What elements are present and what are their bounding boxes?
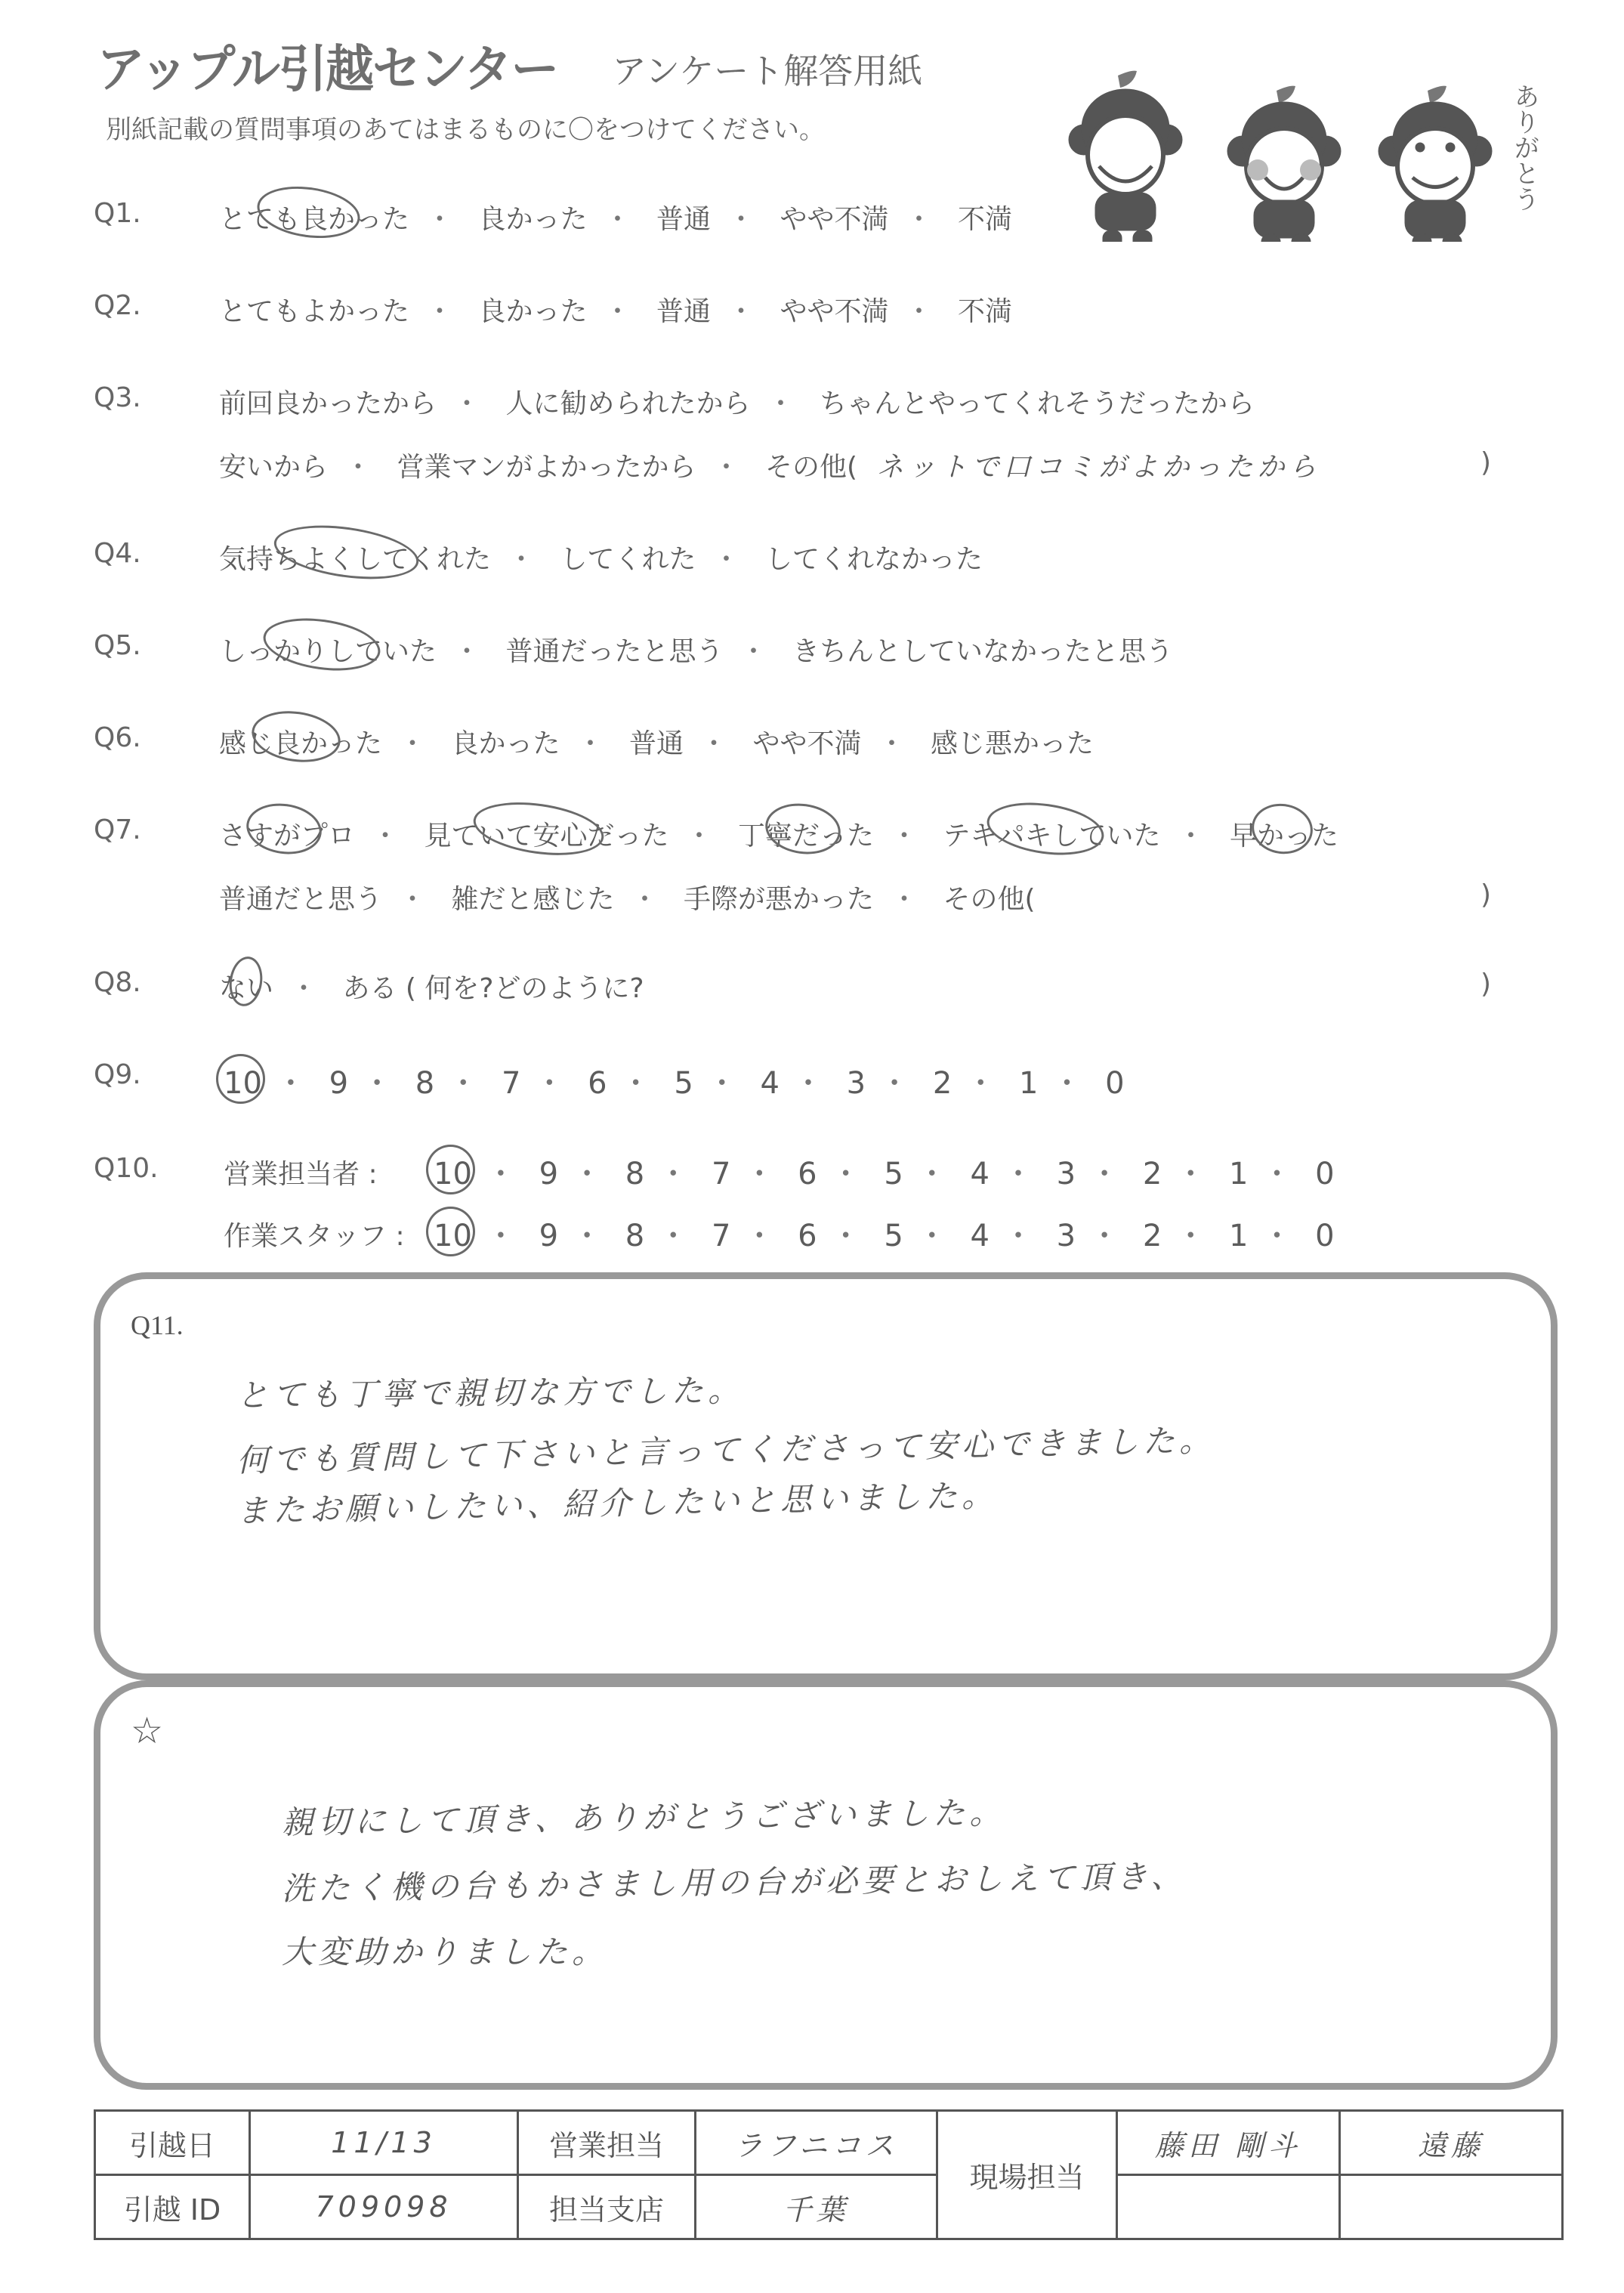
q10-staff-score[interactable]: 2 xyxy=(1143,1219,1162,1253)
q6-label: Q6. xyxy=(94,722,141,753)
q1-option[interactable]: 不満 xyxy=(958,198,1012,236)
q10-sales-score[interactable]: 8 xyxy=(625,1157,644,1191)
footer-info-table: 引越日 11/13 営業担当 ラフニコス 現場担当 藤田 剛斗 遠藤 引越 ID… xyxy=(94,2109,1564,2240)
q10-staff-score[interactable]: 8 xyxy=(625,1219,644,1253)
q10-sales-score[interactable]: 4 xyxy=(970,1157,989,1191)
q5-label: Q5. xyxy=(94,630,141,661)
q9-scale: 10・ 9・ 8・ 7・ 6・ 5・ 4・ 3・ 2・ 1・ 0 xyxy=(224,1059,1125,1102)
q10-sales-score[interactable]: 5 xyxy=(884,1157,903,1191)
q4-option[interactable]: 気持ちよくしてくれた xyxy=(219,538,491,576)
q3-option[interactable]: 前回良かったから xyxy=(219,382,437,421)
q11-comment-box[interactable]: Q11. とても丁寧で親切な方でした。 何でも質問して下さいと言ってくださって安… xyxy=(94,1272,1558,1680)
move-id-label: 引越 ID xyxy=(95,2175,250,2239)
q3-options-line1: 前回良かったから・ 人に勧められたから・ ちゃんとやってくれそうだったから xyxy=(219,382,1255,421)
q10-sales-score[interactable]: 9 xyxy=(539,1157,558,1191)
q9-score[interactable]: 4 xyxy=(760,1066,779,1101)
q10-sales-score[interactable]: 0 xyxy=(1315,1157,1334,1191)
branch-label: 担当支店 xyxy=(518,2175,696,2239)
q9-score[interactable]: 2 xyxy=(933,1066,952,1101)
q9-score[interactable]: 3 xyxy=(847,1066,866,1101)
q7-option[interactable]: テキパキしていた xyxy=(943,814,1160,853)
q9-label: Q9. xyxy=(94,1059,141,1090)
q3-option[interactable]: 人に勧められたから xyxy=(505,382,750,421)
star-comment-line: 大変助かりました。 xyxy=(282,1927,608,1973)
q2-label: Q2. xyxy=(94,290,141,321)
q6-option[interactable]: 感じ悪かった xyxy=(931,722,1094,761)
q3-option-other[interactable]: その他( xyxy=(765,446,857,484)
q7-option[interactable]: 丁寧だった xyxy=(738,814,874,853)
q9-score[interactable]: 0 xyxy=(1105,1066,1124,1101)
q10-staff-label: 作業スタッフ : xyxy=(224,1215,405,1253)
form-title: アンケート解答用紙 xyxy=(612,44,922,94)
q3-options-line2: 安いから・ 営業マンがよかったから・ その他( ネットで口コミがよかったから xyxy=(219,446,1320,484)
q10-staff-score[interactable]: 6 xyxy=(798,1219,817,1253)
q9-score[interactable]: 7 xyxy=(502,1066,520,1101)
instruction-text: 別紙記載の質問事項のあてはまるものに〇をつけてください。 xyxy=(106,109,825,146)
q1-options: とても良かった・ 良かった・ 普通・ やや不満・ 不満 xyxy=(219,198,1012,236)
q3-other-answer[interactable]: ネットで口コミがよかったから xyxy=(876,452,1320,483)
site-staff-4[interactable] xyxy=(1340,2175,1563,2239)
q6-option[interactable]: 良かった xyxy=(451,722,560,761)
q6-option[interactable]: 感じ良かった xyxy=(219,722,382,761)
q4-option[interactable]: してくれなかった xyxy=(765,538,983,576)
q9-score[interactable]: 8 xyxy=(415,1066,434,1101)
q7-option-other[interactable]: その他( xyxy=(943,878,1035,916)
branch-value[interactable]: 千葉 xyxy=(696,2175,937,2239)
sales-value[interactable]: ラフニコス xyxy=(696,2111,937,2175)
q11-line: とても丁寧で親切な方でした。 xyxy=(236,1365,745,1416)
site-staff-2[interactable]: 遠藤 xyxy=(1340,2111,1563,2175)
q7-options-line1: さすがプロ・ 見ていて安心だった・ 丁寧だった・ テキパキしていた・ 早かった xyxy=(219,814,1338,853)
q4-label: Q4. xyxy=(94,538,141,569)
q10-sales-score[interactable]: 7 xyxy=(712,1157,730,1191)
site-staff-3[interactable] xyxy=(1117,2175,1340,2239)
q8-option[interactable]: ある ( 何を?どのように? xyxy=(342,967,644,1006)
q6-option[interactable]: 普通 xyxy=(629,722,684,761)
q2-options: とてもよかった・ 良かった・ 普通・ やや不満・ 不満 xyxy=(219,290,1012,329)
q1-option[interactable]: 普通 xyxy=(656,198,711,236)
q7-option[interactable]: 普通だと思う xyxy=(219,878,382,916)
q10-staff-score[interactable]: 5 xyxy=(884,1219,903,1253)
q10-staff-score[interactable]: 7 xyxy=(712,1219,730,1253)
q7-option[interactable]: 雑だと感じた xyxy=(451,878,614,916)
monkey-icon xyxy=(1379,86,1492,242)
q7-option[interactable]: 手際が悪かった xyxy=(684,878,874,916)
q9-score[interactable]: 5 xyxy=(674,1066,693,1101)
q2-option[interactable]: やや不満 xyxy=(780,290,888,329)
q1-label: Q1. xyxy=(94,198,141,229)
q5-option[interactable]: 普通だったと思う xyxy=(505,630,723,669)
q10-staff-score[interactable]: 1 xyxy=(1229,1219,1248,1253)
q3-option[interactable]: 安いから xyxy=(219,446,328,484)
q3-option[interactable]: ちゃんとやってくれそうだったから xyxy=(820,382,1255,421)
site-staff-1[interactable]: 藤田 剛斗 xyxy=(1117,2111,1340,2175)
q9-score[interactable]: 6 xyxy=(588,1066,607,1101)
q11-line: またお願いしたい、紹介したいと思いました。 xyxy=(236,1470,998,1531)
q10-staff-score[interactable]: 3 xyxy=(1057,1219,1076,1253)
q10-staff-scale: 10・ 9・ 8・ 7・ 6・ 5・ 4・ 3・ 2・ 1・ 0 xyxy=(434,1212,1335,1255)
q10-label: Q10. xyxy=(94,1153,159,1184)
monkey-icon xyxy=(1069,71,1182,242)
q10-sales-score[interactable]: 2 xyxy=(1143,1157,1162,1191)
star-comment-line: 親切にして頂き、ありがとうございました。 xyxy=(282,1788,1006,1843)
free-comment-box[interactable]: ☆ 親切にして頂き、ありがとうございました。 洗たく機の台もかさまし用の台が必要… xyxy=(94,1680,1558,2090)
q10-staff-score[interactable]: 0 xyxy=(1315,1219,1334,1253)
q11-line: 何でも質問して下さいと言ってくださって安心できました。 xyxy=(236,1415,1216,1481)
q9-score[interactable]: 10 xyxy=(224,1066,262,1101)
q3-close-paren: ) xyxy=(1480,447,1491,478)
q3-label: Q3. xyxy=(94,382,141,413)
q2-option[interactable]: 普通 xyxy=(656,290,711,329)
q6-options: 感じ良かった・ 良かった・ 普通・ やや不満・ 感じ悪かった xyxy=(219,722,1094,761)
q10-sales-score[interactable]: 10 xyxy=(434,1157,472,1191)
company-title: アップル引越センター xyxy=(97,29,557,102)
q7-option[interactable]: さすがプロ xyxy=(219,814,355,853)
move-id-value[interactable]: 709098 xyxy=(250,2175,518,2239)
q7-options-line2: 普通だと思う・ 雑だと感じた・ 手際が悪かった・ その他( xyxy=(219,878,1036,916)
move-date-value[interactable]: 11/13 xyxy=(250,2111,518,2175)
mascot-illustration: ありがとう xyxy=(1035,53,1548,242)
q7-option[interactable]: 見ていて安心だった xyxy=(424,814,668,853)
q5-option[interactable]: きちんとしていなかったと思う xyxy=(792,630,1173,669)
q7-close-paren: ) xyxy=(1480,879,1491,910)
q4-options: 気持ちよくしてくれた・ してくれた・ してくれなかった xyxy=(219,538,983,576)
q4-option[interactable]: してくれた xyxy=(560,538,696,576)
q10-sales-score[interactable]: 3 xyxy=(1057,1157,1076,1191)
q1-option[interactable]: 良かった xyxy=(478,198,587,236)
move-date-label: 引越日 xyxy=(95,2111,250,2175)
q7-label: Q7. xyxy=(94,814,141,845)
q5-option[interactable]: しっかりしていた xyxy=(219,630,437,669)
q2-option[interactable]: 良かった xyxy=(478,290,587,329)
q10-sales-score[interactable]: 1 xyxy=(1229,1157,1248,1191)
mascot-caption: ありがとう xyxy=(1509,83,1539,212)
q11-label: Q11. xyxy=(131,1309,184,1341)
q7-option[interactable]: 早かった xyxy=(1230,814,1338,853)
q5-options: しっかりしていた・ 普通だったと思う・ きちんとしていなかったと思う xyxy=(219,630,1173,669)
q8-label: Q8. xyxy=(94,967,141,998)
q2-option[interactable]: 不満 xyxy=(958,290,1012,329)
q10-staff-score[interactable]: 4 xyxy=(970,1219,989,1253)
site-staff-label: 現場担当 xyxy=(937,2111,1117,2239)
q10-staff-score[interactable]: 10 xyxy=(434,1219,472,1253)
monkey-icon xyxy=(1227,86,1341,242)
sales-label: 営業担当 xyxy=(518,2111,696,2175)
star-icon: ☆ xyxy=(131,1710,163,1752)
q1-option[interactable]: やや不満 xyxy=(780,198,888,236)
q9-score[interactable]: 1 xyxy=(1019,1066,1038,1101)
q9-score[interactable]: 9 xyxy=(329,1066,348,1101)
q10-sales-label: 営業担当者 : xyxy=(224,1153,378,1191)
q8-options: ない・ ある ( 何を?どのように? xyxy=(219,967,644,1006)
q8-option[interactable]: ない xyxy=(219,967,273,1006)
q1-option[interactable]: とても良かった xyxy=(219,198,409,236)
q2-option[interactable]: とてもよかった xyxy=(219,290,409,329)
q10-sales-scale: 10・ 9・ 8・ 7・ 6・ 5・ 4・ 3・ 2・ 1・ 0 xyxy=(434,1150,1335,1193)
star-comment-line: 洗たく機の台もかさまし用の台が必要とおしえて頂き、 xyxy=(282,1852,1187,1910)
q10-staff-score[interactable]: 9 xyxy=(539,1219,558,1253)
q3-option[interactable]: 営業マンがよかったから xyxy=(397,446,696,484)
q6-option[interactable]: やや不満 xyxy=(752,722,861,761)
q10-sales-score[interactable]: 6 xyxy=(798,1157,817,1191)
q8-close-paren: ) xyxy=(1480,969,1491,1000)
